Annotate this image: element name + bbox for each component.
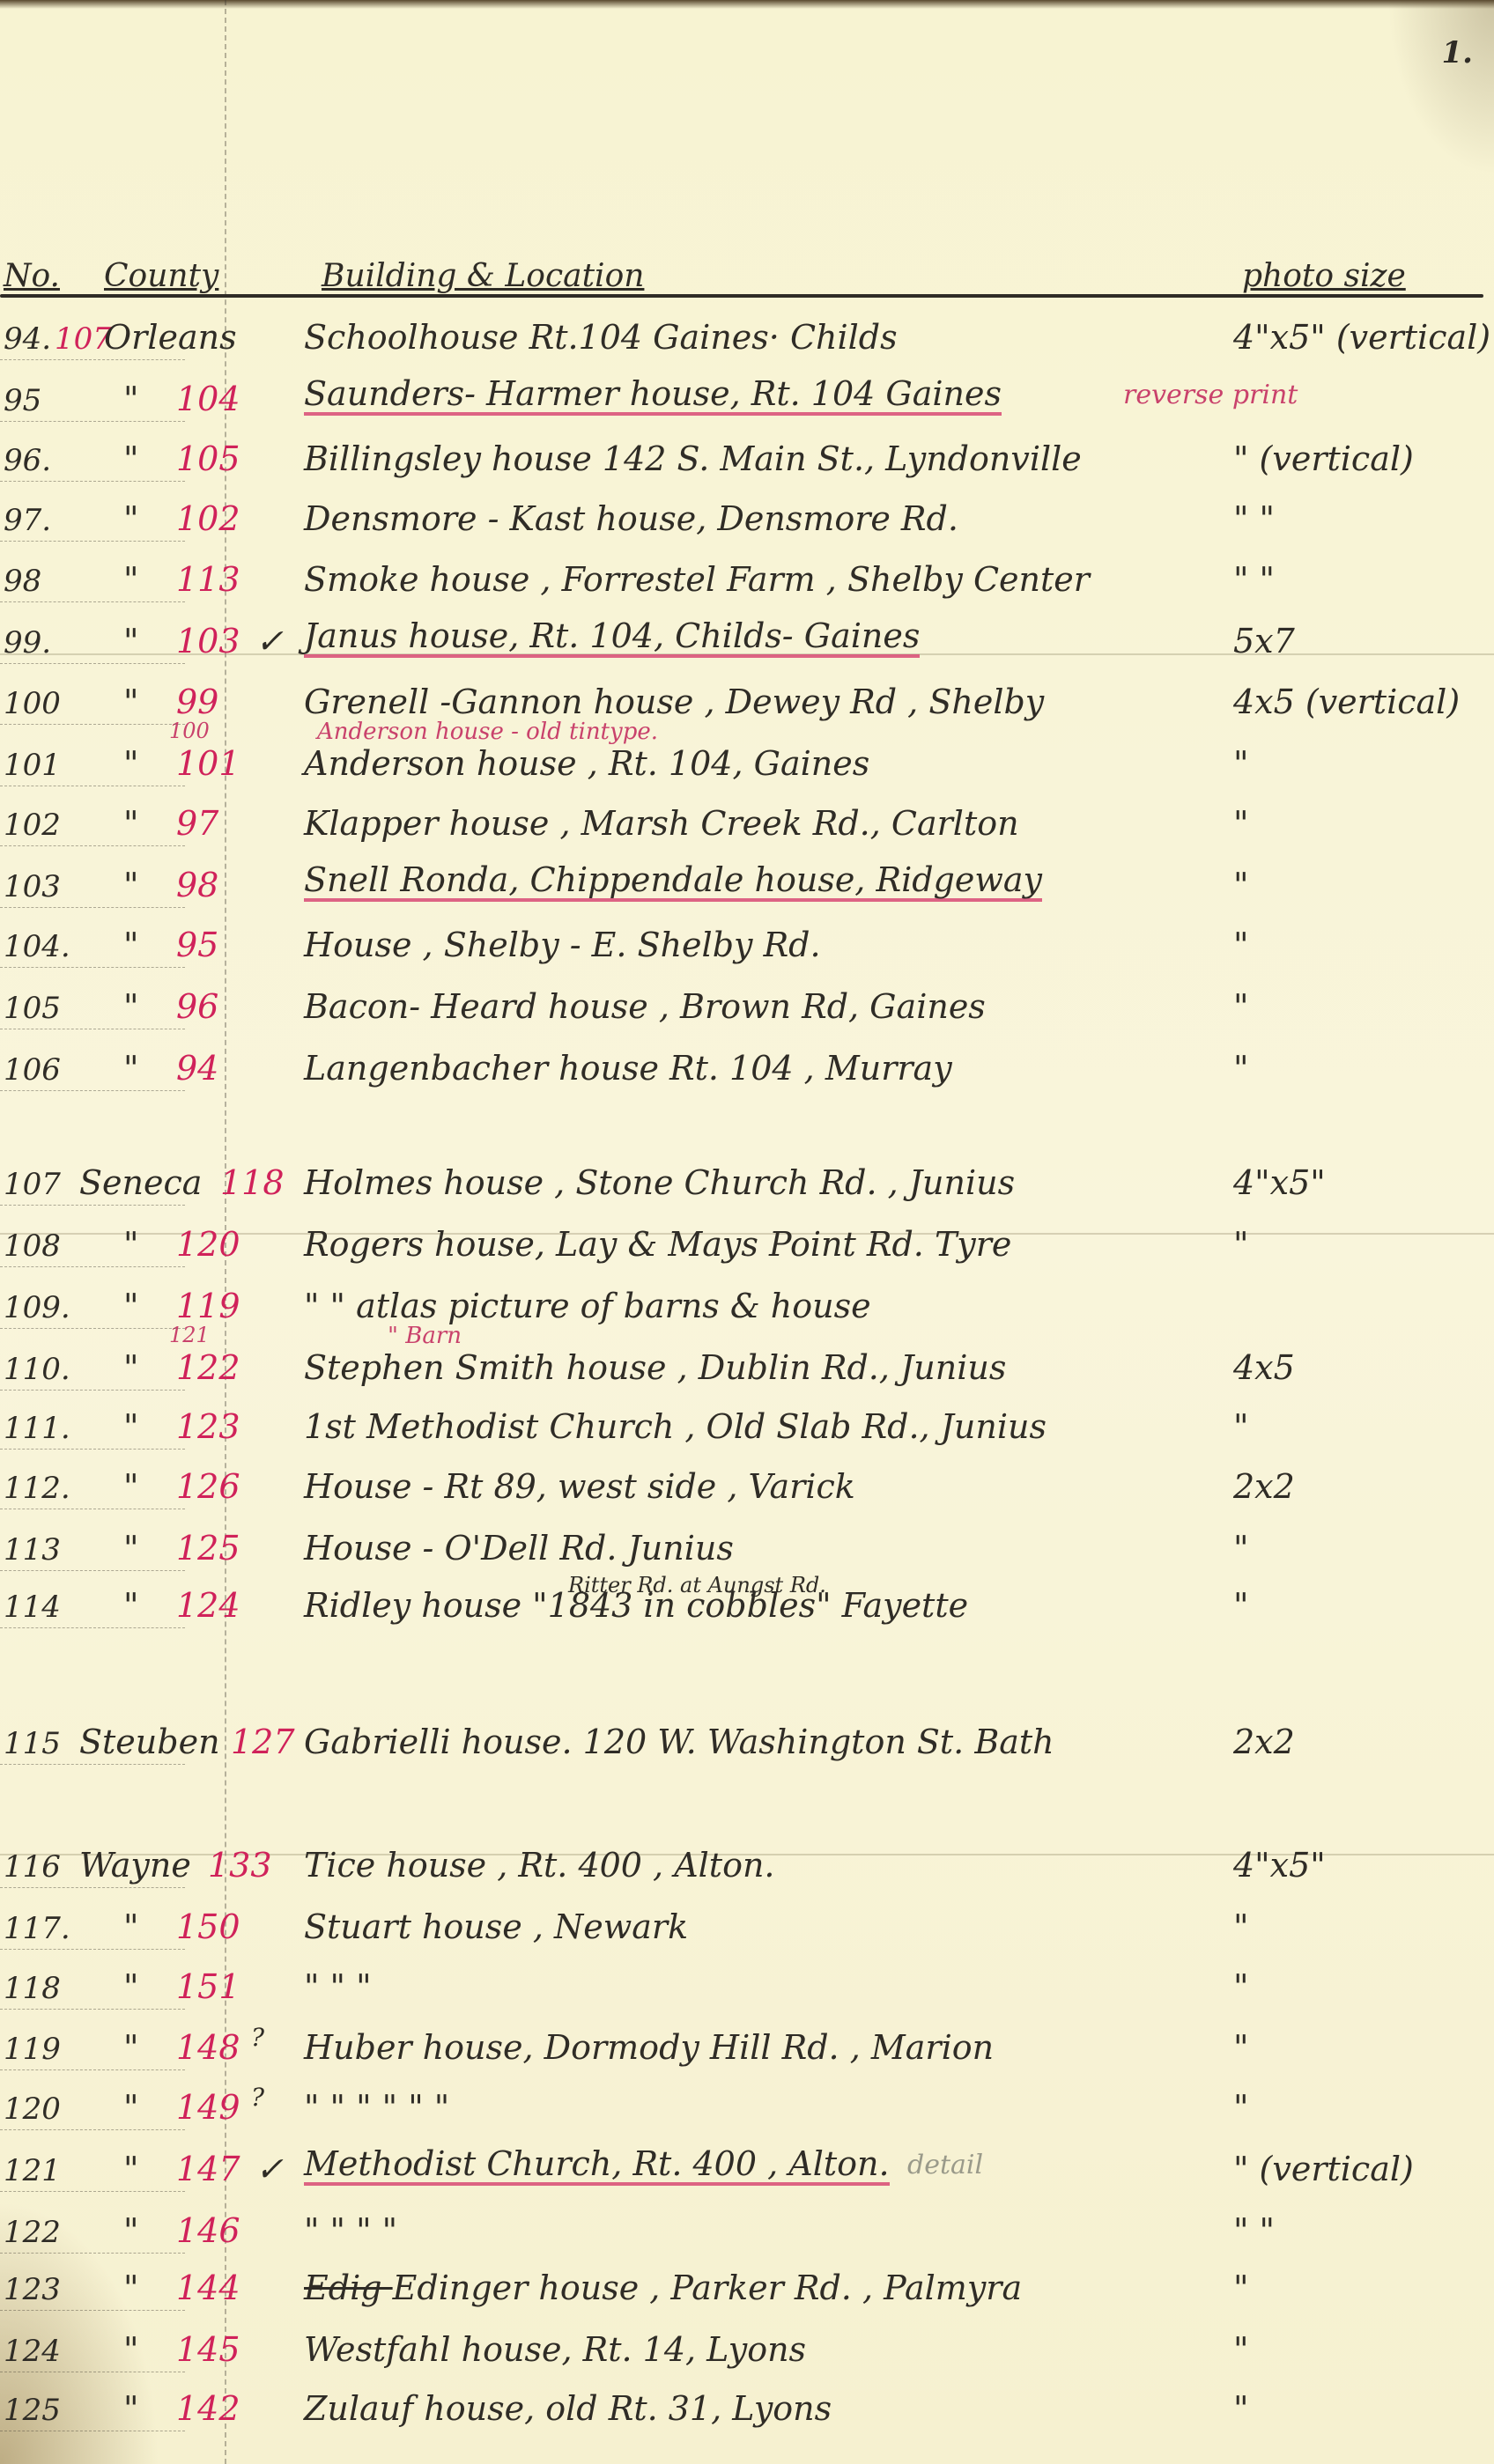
county-name: " [123, 868, 138, 902]
list-item: 104.95"House , Shelby - E. Shelby Rd." [0, 916, 1494, 969]
building-location: Methodist Church, Rt. 400 , Alton. [304, 2147, 890, 2186]
entry-number: 113 [4, 1535, 74, 1565]
ruled-line [0, 2310, 185, 2312]
photo-size: " [1233, 2031, 1248, 2064]
original-number: 105 [176, 442, 240, 476]
photo-size: 2x2 [1233, 1470, 1295, 1503]
list-item: 97.102"Densmore - Kast house, Densmore R… [0, 490, 1494, 542]
original-number: 145 [176, 2333, 240, 2366]
building-location: Edig Edinger house , Parker Rd. , Palmyr… [304, 2271, 1022, 2305]
photo-size: 4x5 (vertical) [1233, 685, 1460, 719]
building-location: 1st Methodist Church , Old Slab Rd., Jun… [304, 1410, 1047, 1443]
building-location: Stuart house , Newark [304, 1910, 688, 1944]
list-item: 109.119"" " atlas picture of barns & hou… [0, 1277, 1494, 1330]
photo-size: " [1233, 1589, 1248, 1622]
list-item: 121147"✓Methodist Church, Rt. 400 , Alto… [0, 2140, 1494, 2193]
building-location: Saunders- Harmer house, Rt. 104 Gaines [304, 377, 1002, 416]
original-number: 126 [176, 1470, 240, 1503]
ruled-line [0, 2009, 185, 2010]
photo-size: 4"x5" (vertical) [1233, 321, 1490, 354]
ruled-line [0, 2191, 185, 2193]
building-location: Grenell -Gannon house , Dewey Rd , Shelb… [304, 685, 1044, 719]
list-item: 10596"Bacon- Heard house , Brown Rd, Gai… [0, 977, 1494, 1030]
building-location: " " atlas picture of barns & house [304, 1289, 871, 1323]
original-number: 123 [176, 1410, 240, 1443]
ruled-line [0, 1509, 185, 1510]
list-item: 94.107OrleansSchoolhouse Rt.104 Gaines· … [0, 308, 1494, 361]
photo-size: " (vertical) [1233, 2152, 1414, 2186]
entry-number: 114 [4, 1592, 74, 1622]
photo-size: " " [1233, 563, 1275, 596]
header-photo-size: photo size [1242, 258, 1406, 294]
photo-size: " (vertical) [1233, 442, 1414, 476]
entry-number: 110. [4, 1354, 74, 1384]
entry-number: 120 [4, 2094, 74, 2124]
original-number: 142 [176, 2392, 240, 2425]
original-number: 120 [176, 1228, 240, 1261]
list-item: 115127SteubenGabrielli house. 120 W. Was… [0, 1713, 1494, 1766]
ruled-line [0, 2431, 185, 2432]
county-name: " [123, 1410, 138, 1443]
entry-number: 101 [4, 750, 74, 780]
county-name: Seneca [79, 1166, 202, 1199]
building-location: House , Shelby - E. Shelby Rd. [304, 928, 821, 962]
annotation-note: reverse print [1123, 382, 1298, 409]
county-name: " [123, 1228, 138, 1261]
original-number: 122 [176, 1351, 240, 1384]
struck-text: Edig [304, 2269, 393, 2307]
list-item: 107118SenecaHolmes house , Stone Church … [0, 1154, 1494, 1206]
photo-size: " [1233, 2271, 1248, 2305]
county-name: " [123, 2214, 138, 2247]
county-name: " [123, 747, 138, 780]
original-number: 101 [176, 747, 240, 780]
ruled-line [0, 1627, 185, 1629]
entry-number: 106 [4, 1055, 74, 1085]
original-number: 124 [176, 1589, 240, 1622]
ruled-line [0, 421, 185, 423]
list-item: 120149"?" " " " " "" [0, 2078, 1494, 2131]
county-name: " [123, 382, 138, 416]
ruled-line [0, 481, 185, 483]
list-item: 108120"Rogers house, Lay & Mays Point Rd… [0, 1215, 1494, 1268]
original-number: 127 [231, 1725, 295, 1759]
entry-number: 123 [4, 2275, 74, 2305]
original-number: 97 [176, 807, 218, 840]
list-item: 112.126"House - Rt 89, west side , Varic… [0, 1457, 1494, 1510]
entry-number: 105 [4, 993, 74, 1023]
original-number: 95 [176, 928, 218, 962]
entry-number: 122 [4, 2217, 74, 2247]
original-number: 148 [176, 2031, 240, 2064]
building-location: Gabrielli house. 120 W. Washington St. B… [304, 1725, 1054, 1759]
building-location: Stephen Smith house , Dublin Rd., Junius [304, 1351, 1006, 1384]
original-number: 103 [176, 624, 240, 658]
county-name: " [123, 442, 138, 476]
list-item: 111.123"1st Methodist Church , Old Slab … [0, 1398, 1494, 1450]
ruled-line [0, 1029, 185, 1030]
building-location: Snell Ronda, Chippendale house, Ridgeway [304, 863, 1042, 902]
county-name: Wayne [79, 1848, 191, 1882]
query-mark: ? [251, 2025, 264, 2050]
county-name: " [123, 2333, 138, 2366]
checkmark-icon: ✓ [255, 2152, 284, 2186]
building-location: Klapper house , Marsh Creek Rd., Carlton [304, 807, 1019, 840]
building-location: " " " " [304, 2214, 397, 2247]
ruled-line [0, 1887, 185, 1889]
photo-size: " [1233, 2091, 1248, 2124]
entry-number: 95 [4, 386, 74, 416]
original-number: 133 [208, 1848, 272, 1882]
original-number: 146 [176, 2214, 240, 2247]
query-mark: ? [251, 2085, 264, 2110]
list-item: 123144"Edig Edinger house , Parker Rd. ,… [0, 2259, 1494, 2312]
building-location: " " " [304, 1970, 372, 2003]
photo-size: " [1233, 1051, 1248, 1085]
header-rule [0, 294, 1483, 298]
building-location: Anderson house , Rt. 104, Gaines [304, 747, 869, 780]
building-location: Schoolhouse Rt.104 Gaines· Childs [304, 321, 898, 354]
entry-number: 116 [4, 1852, 74, 1882]
building-location: House - O'Dell Rd. Junius [304, 1531, 734, 1565]
entry-number: 124 [4, 2336, 74, 2366]
list-item: 114124"Ridley house "1843 in cobbles" Fa… [0, 1576, 1494, 1629]
entry-number: 108 [4, 1231, 74, 1261]
county-name: " [123, 685, 138, 719]
list-item: 10099"Grenell -Gannon house , Dewey Rd ,… [0, 673, 1494, 726]
ruled-line [0, 2253, 185, 2254]
list-item: 10398"Snell Ronda, Chippendale house, Ri… [0, 856, 1494, 909]
list-item: 116133WayneTice house , Rt. 400 , Alton.… [0, 1836, 1494, 1889]
entry-number: 102 [4, 810, 74, 840]
photo-size: " " [1233, 502, 1275, 535]
entry-number: 97. [4, 505, 74, 535]
ruled-line [0, 1266, 185, 1268]
photo-size: " [1233, 1970, 1248, 2003]
entry-number: 103 [4, 872, 74, 902]
photo-size: " " [1233, 2214, 1275, 2247]
photo-size: " [1233, 868, 1248, 902]
building-location: House - Rt 89, west side , Varick [304, 1470, 855, 1503]
county-name: " [123, 624, 138, 658]
list-item: 118151"" " "" [0, 1958, 1494, 2010]
ruled-line [0, 907, 185, 909]
ruled-line [0, 1090, 185, 1092]
county-name: " [123, 2271, 138, 2305]
inserted-annotation: Ritter Rd. at Aungst Rd. [568, 1573, 826, 1597]
building-location: Billingsley house 142 S. Main St., Lyndo… [304, 442, 1082, 476]
photo-size: 2x2 [1233, 1725, 1295, 1759]
county-name: " [123, 1531, 138, 1565]
ruled-line [0, 2372, 185, 2373]
ruled-line [0, 786, 185, 787]
list-item: 10694"Langenbacher house Rt. 104 , Murra… [0, 1039, 1494, 1092]
county-name: " [123, 563, 138, 596]
photo-size: " [1233, 928, 1248, 962]
list-item: 95104"Saunders- Harmer house, Rt. 104 Ga… [0, 370, 1494, 423]
page-number: 1. [1442, 35, 1474, 70]
county-name: " [123, 928, 138, 962]
original-number: 98 [176, 868, 218, 902]
building-location: Huber house, Dormody Hill Rd. , Marion [304, 2031, 994, 2064]
entry-number: 109. [4, 1293, 74, 1323]
photo-size: " [1233, 2392, 1248, 2425]
building-location: Smoke house , Forrestel Farm , Shelby Ce… [304, 563, 1090, 596]
ruled-line [0, 359, 185, 361]
original-number: 118 [220, 1166, 285, 1199]
ruled-line [0, 1328, 185, 1330]
entry-number: 121 [4, 2156, 74, 2186]
county-name: " [123, 1470, 138, 1503]
county-name: " [123, 2392, 138, 2425]
list-item: 10297"Klapper house , Marsh Creek Rd., C… [0, 794, 1494, 847]
county-name: " [123, 1051, 138, 1085]
entry-number: 96. [4, 446, 74, 476]
entry-number: 98 [4, 566, 74, 596]
county-name: " [123, 2031, 138, 2064]
building-location: Bacon- Heard house , Brown Rd, Gaines [304, 990, 986, 1023]
ruled-line [0, 724, 185, 726]
photo-size: " [1233, 807, 1248, 840]
county-name: " [123, 502, 138, 535]
building-location: Rogers house, Lay & Mays Point Rd. Tyre [304, 1228, 1011, 1261]
photo-size: " [1233, 990, 1248, 1023]
photo-size: " [1233, 747, 1248, 780]
entry-number: 115 [4, 1729, 74, 1759]
photo-size: 4"x5" [1233, 1848, 1326, 1882]
building-location: Densmore - Kast house, Densmore Rd. [304, 502, 958, 535]
ruled-line [0, 2069, 185, 2071]
original-number: 149 [176, 2091, 240, 2124]
entry-number: 118 [4, 1973, 74, 2003]
header-building: Building & Location [322, 258, 644, 294]
county-name: " [123, 1970, 138, 2003]
photo-size: 4x5 [1233, 1351, 1295, 1384]
list-item: 98113"Smoke house , Forrestel Farm , She… [0, 550, 1494, 603]
county-name: " [123, 1289, 138, 1323]
original-number: 125 [176, 1531, 240, 1565]
header-no: No. [4, 258, 60, 294]
photo-size: 5x7 [1233, 624, 1295, 658]
county-name: " [123, 2091, 138, 2124]
county-name: " [123, 1910, 138, 1944]
header-county: County [104, 258, 218, 294]
county-name: Steuben [79, 1725, 220, 1759]
photo-size: " [1233, 1910, 1248, 1944]
list-item: 101101"Anderson house , Rt. 104, Gaines" [0, 734, 1494, 787]
original-number: 144 [176, 2271, 240, 2305]
building-location: Zulauf house, old Rt. 31, Lyons [304, 2392, 832, 2425]
entry-number: 117. [4, 1914, 74, 1944]
list-item: 110.122"Stephen Smith house , Dublin Rd.… [0, 1339, 1494, 1391]
entry-number: 100 [4, 689, 74, 719]
entry-number: 111. [4, 1413, 74, 1443]
photo-size: " [1233, 1228, 1248, 1261]
original-number: 150 [176, 1910, 240, 1944]
county-name: " [123, 2152, 138, 2186]
ruled-line [0, 541, 185, 542]
original-number: 102 [176, 502, 240, 535]
building-location: Tice house , Rt. 400 , Alton. [304, 1848, 775, 1882]
building-location: " " " " " " [304, 2091, 449, 2124]
building-location: Westfahl house, Rt. 14, Lyons [304, 2333, 806, 2366]
original-number: 94 [176, 1051, 218, 1085]
entry-number: 112. [4, 1473, 74, 1503]
entry-number: 119 [4, 2034, 74, 2064]
original-number: 151 [176, 1970, 240, 2003]
list-item: 124145"Westfahl house, Rt. 14, Lyons" [0, 2320, 1494, 2373]
ruled-line [0, 1449, 185, 1450]
original-number: 119 [176, 1289, 240, 1323]
original-number: 113 [176, 563, 240, 596]
photo-size: " [1233, 2333, 1248, 2366]
ruled-line [0, 1764, 185, 1766]
column-header: No. County Building & Location photo siz… [0, 247, 1494, 299]
ruled-line [0, 2129, 185, 2131]
entry-number: 104. [4, 932, 74, 962]
list-item: 96.105"Billingsley house 142 S. Main St.… [0, 430, 1494, 483]
building-location: Holmes house , Stone Church Rd. , Junius [304, 1166, 1015, 1199]
entry-number: 107 [4, 1169, 74, 1199]
original-number: 99 [176, 685, 218, 719]
photo-size: 4"x5" [1233, 1166, 1326, 1199]
list-item: 113125"House - O'Dell Rd. Junius" [0, 1519, 1494, 1572]
original-number: 104 [176, 382, 240, 416]
ruled-line [0, 663, 185, 665]
checkmark-icon: ✓ [255, 624, 284, 658]
ruled-line [0, 967, 185, 969]
original-number: 96 [176, 990, 218, 1023]
county-name: " [123, 1589, 138, 1622]
list-item: 122146"" " " "" " [0, 2202, 1494, 2254]
photo-size: " [1233, 1531, 1248, 1565]
county-name: " [123, 1351, 138, 1384]
list-item: 119148"?Huber house, Dormody Hill Rd. , … [0, 2018, 1494, 2071]
annotation-note: detail [907, 2152, 983, 2179]
entry-number: 125 [4, 2395, 74, 2425]
county-name: " [123, 807, 138, 840]
ruled-line [0, 845, 185, 847]
ruled-line [0, 1949, 185, 1951]
photo-size: " [1233, 1410, 1248, 1443]
building-location: Langenbacher house Rt. 104 , Murray [304, 1051, 952, 1085]
ruled-line [0, 1390, 185, 1391]
original-number: 147 [176, 2152, 240, 2186]
county-name: Orleans [104, 321, 237, 354]
entry-number: 99. [4, 628, 74, 658]
list-item: 125142"Zulauf house, old Rt. 31, Lyons" [0, 2379, 1494, 2432]
ruled-line [0, 1205, 185, 1206]
ruled-line [0, 1570, 185, 1572]
ruled-line [0, 601, 185, 603]
list-item: 117.150"Stuart house , Newark" [0, 1898, 1494, 1951]
building-location: Janus house, Rt. 104, Childs- Gaines [304, 619, 920, 658]
county-name: " [123, 990, 138, 1023]
list-item: 99.103"✓Janus house, Rt. 104, Childs- Ga… [0, 612, 1494, 665]
